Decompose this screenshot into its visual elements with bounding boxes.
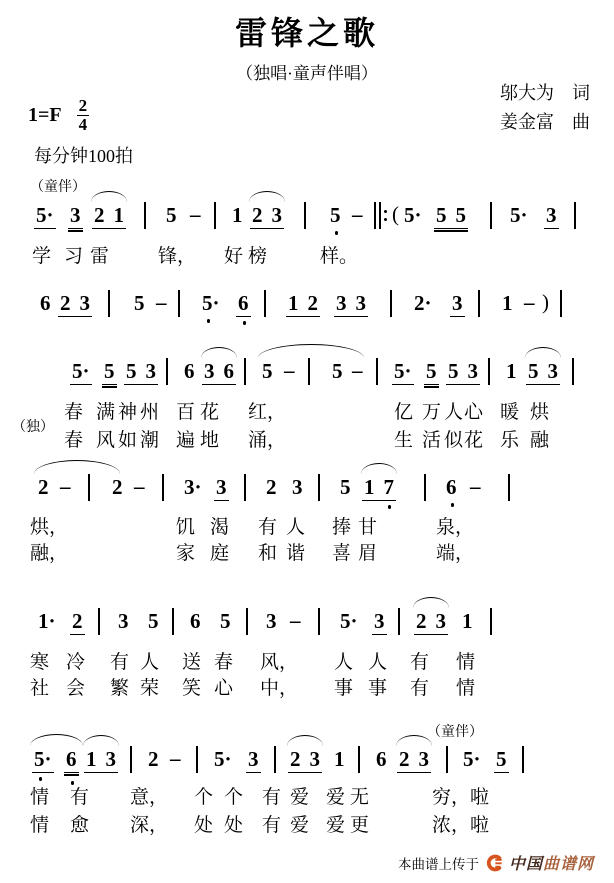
upload-note: 本曲谱上传于 <box>398 853 479 873</box>
barline <box>274 746 276 773</box>
note: 3 <box>310 748 321 772</box>
lyric-syllable: 有 <box>410 652 429 675</box>
note: 2 <box>38 476 49 500</box>
note-group: 2 <box>70 610 85 635</box>
lyric-syllable: 人 <box>140 652 159 675</box>
note-group: 2 <box>110 476 125 500</box>
lyric-syllable: 遍 <box>176 430 195 453</box>
lyric-syllable: 个 <box>224 787 243 810</box>
note-group: 5 <box>260 360 275 384</box>
note: 1 <box>334 748 345 772</box>
lyric-syllable: 花 <box>200 402 219 425</box>
note: 3 <box>118 610 129 634</box>
lyric-syllable: 泉， <box>436 517 474 540</box>
note: 2 <box>290 748 301 772</box>
note-group: 5· <box>200 292 222 316</box>
lyric-syllable: 红， <box>248 402 286 425</box>
lyric-syllable: 送 <box>182 652 201 675</box>
note-group: 1 <box>460 610 475 634</box>
barline <box>522 746 524 773</box>
barline <box>264 290 266 317</box>
octave-dot-low <box>451 503 454 506</box>
note: 5 <box>104 360 115 384</box>
lyric-syllable: 甘 <box>358 517 377 540</box>
lyric-syllable: 如 <box>118 430 137 453</box>
lyric-syllable: 有 <box>410 678 429 701</box>
octave-dot-low <box>388 505 391 508</box>
lyric-syllable: 烘 <box>530 402 549 425</box>
lyric-syllable: 风， <box>260 652 298 675</box>
octave-dot-low <box>39 777 42 780</box>
barline <box>508 474 510 501</box>
lyric-syllable: 人 <box>368 652 387 675</box>
note-group: 1· <box>36 610 58 634</box>
note-group: 5· <box>34 204 56 229</box>
note-group: 23 <box>414 610 448 635</box>
note-group: 5· <box>338 610 360 634</box>
duration-dash: – <box>284 359 295 383</box>
note-group: 3 <box>68 204 83 229</box>
lyric-syllable: 潮 <box>140 430 159 453</box>
note-group: 5· <box>212 748 234 772</box>
lyric-syllable: 眉 <box>358 543 377 566</box>
barline <box>144 202 146 229</box>
parenthesis: ) <box>542 291 549 315</box>
note: 6 <box>224 360 235 384</box>
site-name-bold[interactable]: 中国 <box>509 856 543 873</box>
note-group: 3 <box>450 292 465 317</box>
note: 3 <box>272 204 283 228</box>
barline <box>244 474 246 501</box>
barline <box>304 202 306 229</box>
lyric-syllable: 处 <box>194 815 213 838</box>
barline <box>318 474 320 501</box>
lyric-syllable: 有 <box>258 517 277 540</box>
lyric-syllable: 社 <box>30 678 49 701</box>
note-group: 5· <box>508 204 530 228</box>
lyric-syllable: 处 <box>224 815 243 838</box>
note-group: 23 <box>58 292 92 317</box>
slur <box>413 597 449 608</box>
note-group: 2 <box>264 476 279 500</box>
lyric-syllable: 心 <box>214 678 233 701</box>
note-group: 23 <box>250 204 284 229</box>
footer: 本曲谱上传于 中国曲谱网 <box>398 851 594 874</box>
lyric-syllable: 万 <box>422 402 441 425</box>
lyric-syllable: 爱 <box>326 815 345 838</box>
note-group: 5 <box>338 476 353 500</box>
note-group: 6 <box>236 292 251 317</box>
note-group: 6 <box>38 292 53 316</box>
note-group: 55 <box>434 204 468 229</box>
note: 3 <box>106 748 117 772</box>
note: 6 <box>184 360 195 384</box>
note-group: 3 <box>544 204 559 229</box>
lyric-syllable: 亿 <box>394 402 413 425</box>
barline <box>214 202 216 229</box>
lyric-syllable: 暖 <box>500 402 519 425</box>
lyric-syllable: 情 <box>30 787 49 810</box>
note: 3 <box>419 748 430 772</box>
repeat-dot <box>384 210 387 213</box>
lyric-syllable: 深， <box>130 815 168 838</box>
lyric-syllable: 饥 <box>176 517 195 540</box>
duration-dash: – <box>156 291 167 315</box>
note-group: 5· <box>32 748 54 773</box>
note: 3 <box>266 610 277 634</box>
note-group: 3 <box>246 748 261 773</box>
barline <box>318 608 320 635</box>
note-group: 1 <box>230 204 245 228</box>
lyric-syllable: 锋， <box>158 246 196 269</box>
duration-dash: – <box>352 359 363 383</box>
note-group: 5· <box>392 360 414 385</box>
note: 5 <box>220 610 231 634</box>
lyric-syllable: 好 <box>224 246 243 269</box>
lyric-syllable: 春 <box>214 652 233 675</box>
lyric-syllable: 榜 <box>248 246 267 269</box>
note: 3 <box>248 748 259 772</box>
barline <box>446 746 448 773</box>
duration-dash: – <box>170 747 181 771</box>
lyric-syllable: 谐 <box>286 543 305 566</box>
duration-dash: – <box>290 609 301 633</box>
lyric-syllable: 个 <box>194 787 213 810</box>
lyric-syllable: 爱 <box>290 787 309 810</box>
note-group: 3 <box>290 476 305 500</box>
note: 5 <box>166 204 177 228</box>
note-group: 3· <box>182 476 204 500</box>
duration-dash: – <box>470 475 481 499</box>
slur <box>83 735 119 746</box>
lyric-syllable: 有 <box>70 787 89 810</box>
slur <box>525 347 561 358</box>
note: 6 <box>40 292 51 316</box>
note-group: 13 <box>84 748 118 773</box>
lyric-syllable: 更 <box>350 815 369 838</box>
site-name-light[interactable]: 曲谱网 <box>543 856 594 873</box>
note: 5 <box>456 204 467 228</box>
lyric-syllable: 雷 <box>90 246 109 269</box>
barline <box>424 474 426 501</box>
note: 5 <box>436 204 447 228</box>
repeat-bar <box>374 202 376 229</box>
barline <box>246 608 248 635</box>
barline <box>574 202 576 229</box>
lyric-syllable: 繁 <box>110 678 129 701</box>
note: 1 <box>502 292 513 316</box>
octave-dot-low <box>243 321 246 324</box>
barline <box>196 746 198 773</box>
note: 5· <box>34 748 52 772</box>
lyric-syllable: 样。 <box>320 246 358 269</box>
lyric-syllable: 捧 <box>332 517 351 540</box>
note: 2· <box>414 292 432 316</box>
note-group: 6 <box>188 610 203 634</box>
lyric-syllable: 穷，啦 <box>432 787 489 810</box>
repeat-dots <box>384 210 387 221</box>
note-group: 3 <box>214 476 229 501</box>
lyric-syllable: 端， <box>436 543 474 566</box>
note: 3 <box>204 360 215 384</box>
lyric-syllable: 融 <box>530 430 549 453</box>
lyric-syllable: 满 <box>96 402 115 425</box>
site-name[interactable]: 中国曲谱网 <box>509 851 594 874</box>
slur <box>361 463 397 474</box>
note: 5 <box>496 748 507 772</box>
barline <box>178 290 180 317</box>
note: 3 <box>436 610 447 634</box>
note: 2 <box>112 476 123 500</box>
note: 1 <box>462 610 473 634</box>
lyric-syllable: 地 <box>200 430 219 453</box>
note: 5· <box>72 360 90 384</box>
second-beam <box>424 386 439 388</box>
lyric-syllable: 州 <box>140 402 159 425</box>
note-group: 3 <box>116 610 131 634</box>
note: 3 <box>374 610 385 634</box>
lyric-syllable: 风 <box>96 430 115 453</box>
note: 5 <box>448 360 459 384</box>
note: 1 <box>114 204 125 228</box>
note: 3 <box>80 292 91 316</box>
note: 3 <box>292 476 303 500</box>
lyric-syllable: 愈 <box>70 815 89 838</box>
lyric-syllable: 冷 <box>66 652 85 675</box>
note-group: 5· <box>402 204 424 228</box>
lyric-syllable: 花 <box>464 430 483 453</box>
note: 2 <box>416 610 427 634</box>
note: 2 <box>60 292 71 316</box>
note-group: 1 <box>500 292 515 316</box>
note: 3· <box>184 476 202 500</box>
barline <box>130 746 132 773</box>
duration-dash: – <box>60 475 71 499</box>
barline <box>108 290 110 317</box>
site-logo-icon <box>485 854 503 872</box>
note: 5· <box>202 292 220 316</box>
barline <box>358 746 360 773</box>
note-group: 2· <box>412 292 434 316</box>
note: 1 <box>86 748 97 772</box>
barline <box>490 608 492 635</box>
note: 1 <box>364 476 375 500</box>
duration-dash: – <box>524 291 535 315</box>
lyric-syllable: 爱 <box>326 787 345 810</box>
barline <box>560 290 562 317</box>
repeat-dot <box>384 218 387 221</box>
note: 1 <box>288 292 299 316</box>
note: 5 <box>262 360 273 384</box>
note: 1 <box>506 360 517 384</box>
note-group: 3 <box>264 610 279 634</box>
slur <box>249 191 285 202</box>
note-group: 5 <box>328 204 343 228</box>
note-group: 6 <box>64 748 79 773</box>
lyric-syllable: 生 <box>394 430 413 453</box>
repeat-sign <box>374 202 387 229</box>
lyric-syllable: 和 <box>258 543 277 566</box>
note-group: 53 <box>124 360 158 385</box>
octave-dot-low <box>71 781 74 784</box>
note: 2 <box>252 204 263 228</box>
note: 5 <box>340 476 351 500</box>
note-group: 12 <box>286 292 320 317</box>
lyric-syllable: 烘， <box>30 517 68 540</box>
note: 6 <box>376 748 387 772</box>
note: 3 <box>468 360 479 384</box>
note: 5· <box>214 748 232 772</box>
lyric-syllable: 中， <box>260 678 298 701</box>
parenthesis: ( <box>392 203 399 227</box>
lyric-syllable: 浓，啦 <box>432 815 489 838</box>
barline <box>308 358 310 385</box>
duration-dash: – <box>134 475 145 499</box>
tie-slur <box>34 460 120 474</box>
lyric-syllable: 乐 <box>500 430 519 453</box>
voice-label: （童伴） <box>427 721 483 741</box>
duration-dash: – <box>190 203 201 227</box>
second-beam <box>64 774 79 776</box>
note: 5· <box>36 204 54 228</box>
note: 6 <box>190 610 201 634</box>
note-group: 5 <box>218 610 233 634</box>
slur <box>91 191 127 202</box>
note: 5 <box>332 360 343 384</box>
slur <box>287 735 323 746</box>
note-group: 17 <box>362 476 396 501</box>
note: 6 <box>446 476 457 500</box>
barline <box>390 290 392 317</box>
second-beam <box>434 230 468 232</box>
note-group: 23 <box>397 748 431 773</box>
note: 5· <box>510 204 528 228</box>
lyric-syllable: 无 <box>350 787 369 810</box>
note: 5 <box>126 360 137 384</box>
lyric-syllable: 情 <box>30 815 49 838</box>
note: 3 <box>452 292 463 316</box>
note: 5 <box>426 360 437 384</box>
note-group: 5 <box>102 360 117 385</box>
barline <box>166 358 168 385</box>
note: 5 <box>148 610 159 634</box>
note: 2 <box>399 748 410 772</box>
note-group: 1 <box>504 360 519 384</box>
lyric-syllable: 事 <box>334 678 353 701</box>
barline <box>478 290 480 317</box>
note: 3 <box>146 360 157 384</box>
duration-dash: – <box>352 203 363 227</box>
note-group: 5 <box>494 748 509 773</box>
note-group: 2 <box>36 476 51 500</box>
lyric-syllable: 情 <box>456 652 475 675</box>
note-group: 53 <box>446 360 480 385</box>
lyric-syllable: 爱 <box>290 815 309 838</box>
octave-dot-low <box>335 231 338 234</box>
lyric-syllable: 会 <box>66 678 85 701</box>
lyric-syllable: 庭 <box>210 543 229 566</box>
note-group: 5 <box>146 610 161 634</box>
score: 5·3215–1235–(5·555·3学习雷锋，好榜样。6235–5·6123… <box>0 0 614 883</box>
note: 5 <box>134 292 145 316</box>
note-group: 6 <box>374 748 389 772</box>
lyric-syllable: 春 <box>64 402 83 425</box>
octave-dot-low <box>207 319 210 322</box>
note: 2 <box>148 748 159 772</box>
lyric-syllable: 神 <box>118 402 137 425</box>
lyric-syllable: 涌， <box>248 430 286 453</box>
note-group: 6 <box>182 360 197 384</box>
note-group: 1 <box>332 748 347 772</box>
note: 3 <box>548 360 559 384</box>
lyric-syllable: 寒 <box>30 652 49 675</box>
note: 5 <box>528 360 539 384</box>
note: 2 <box>94 204 105 228</box>
lyric-syllable: 心 <box>464 402 483 425</box>
slur <box>201 347 237 358</box>
lyric-syllable: 情 <box>456 678 475 701</box>
lyric-syllable: 笑 <box>182 678 201 701</box>
lyric-syllable: 百 <box>176 402 195 425</box>
note: 1 <box>232 204 243 228</box>
lyric-syllable: 荣 <box>140 678 159 701</box>
note: 3 <box>546 204 557 228</box>
lyric-syllable: 有 <box>262 787 281 810</box>
lyric-syllable: 意， <box>130 787 168 810</box>
second-beam <box>102 386 117 388</box>
note-group: 53 <box>526 360 560 385</box>
lyric-syllable: 家 <box>176 543 195 566</box>
tie-slur <box>258 344 364 358</box>
voice-label: （独） <box>12 416 54 436</box>
note-group: 5· <box>70 360 92 385</box>
note-group: 3 <box>372 610 387 635</box>
lyric-syllable: 春 <box>64 430 83 453</box>
barline <box>376 358 378 385</box>
note: 2 <box>266 476 277 500</box>
note-group: 5 <box>132 292 147 316</box>
note-group: 33 <box>334 292 368 317</box>
barline <box>488 358 490 385</box>
note-group: 5 <box>330 360 345 384</box>
barline <box>572 358 574 385</box>
lyric-syllable: 习 <box>64 246 83 269</box>
note-group: 21 <box>92 204 126 229</box>
lyric-syllable: 人 <box>444 402 463 425</box>
lyric-syllable: 事 <box>368 678 387 701</box>
barline <box>162 474 164 501</box>
note: 5· <box>394 360 412 384</box>
lyric-syllable: 有 <box>262 815 281 838</box>
barline <box>88 474 90 501</box>
lyric-syllable: 渴 <box>210 517 229 540</box>
note: 3 <box>70 204 81 228</box>
note: 3 <box>356 292 367 316</box>
note: 3 <box>216 476 227 500</box>
note: 2 <box>308 292 319 316</box>
note-group: 5 <box>424 360 439 385</box>
note: 6 <box>66 748 77 772</box>
barline <box>490 202 492 229</box>
lyric-syllable: 喜 <box>332 543 351 566</box>
barline <box>244 358 246 385</box>
note: 5· <box>404 204 422 228</box>
note-group: 6 <box>444 476 459 500</box>
note-group: 5 <box>164 204 179 228</box>
barline <box>98 608 100 635</box>
lyric-syllable: 似 <box>444 430 463 453</box>
lyric-syllable: 学 <box>32 246 51 269</box>
